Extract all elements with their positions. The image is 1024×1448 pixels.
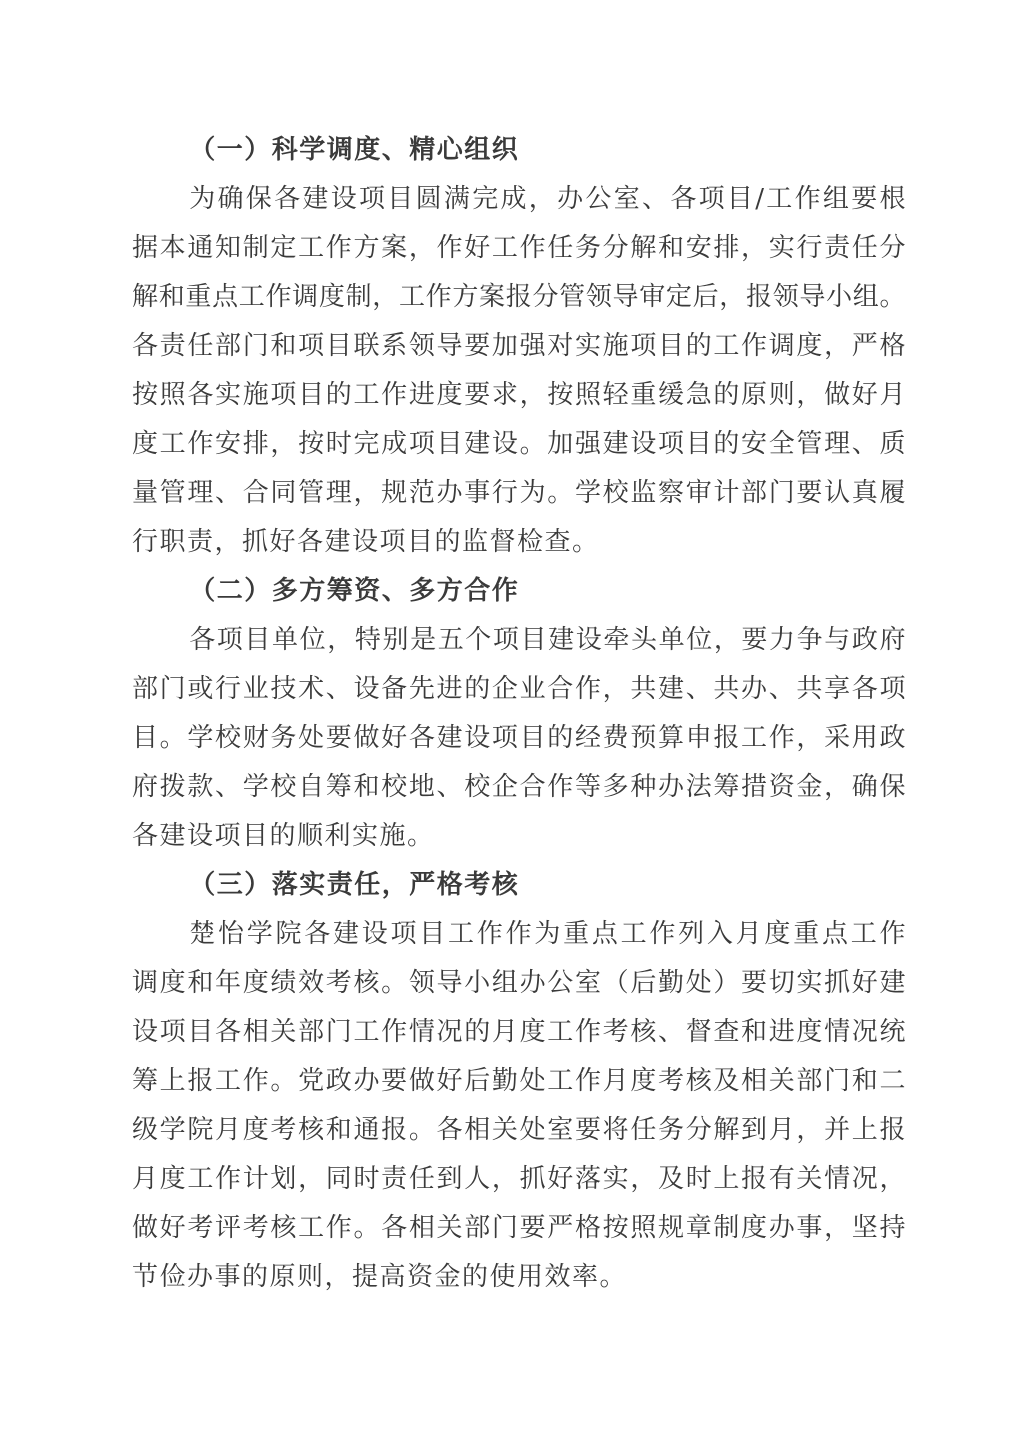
paragraph-line: 各建设项目的顺利实施。 xyxy=(132,812,906,861)
paragraph-line: 府拨款、学校自筹和校地、校企合作等多种办法筹措资金，确保 xyxy=(132,763,906,812)
paragraph-line: 设项目各相关部门工作情况的月度工作考核、督查和进度情况统 xyxy=(132,1008,906,1057)
paragraph-line: 度工作安排，按时完成项目建设。加强建设项目的安全管理、质 xyxy=(132,420,906,469)
paragraph-line: 据本通知制定工作方案，作好工作任务分解和安排，实行责任分 xyxy=(132,224,906,273)
paragraph-line: 量管理、合同管理，规范办事行为。学校监察审计部门要认真履 xyxy=(132,469,906,518)
section-heading-line: （一）科学调度、精心组织 xyxy=(132,126,906,175)
paragraph-line: 月度工作计划，同时责任到人，抓好落实，及时上报有关情况， xyxy=(132,1155,906,1204)
paragraph-line: 筹上报工作。党政办要做好后勤处工作月度考核及相关部门和二 xyxy=(132,1057,906,1106)
paragraph-line: 为确保各建设项目圆满完成，办公室、各项目/工作组要根 xyxy=(132,175,906,224)
paragraph-line: 行职责，抓好各建设项目的监督检查。 xyxy=(132,518,906,567)
paragraph-line: 解和重点工作调度制，工作方案报分管领导审定后，报领导小组。 xyxy=(132,273,906,322)
paragraph-line: 按照各实施项目的工作进度要求，按照轻重缓急的原则，做好月 xyxy=(132,371,906,420)
paragraph-line: 楚怡学院各建设项目工作作为重点工作列入月度重点工作 xyxy=(132,910,906,959)
paragraph-line: 做好考评考核工作。各相关部门要严格按照规章制度办事，坚持 xyxy=(132,1204,906,1253)
paragraph-line: 目。学校财务处要做好各建设项目的经费预算申报工作，采用政 xyxy=(132,714,906,763)
paragraph-line: 部门或行业技术、设备先进的企业合作，共建、共办、共享各项 xyxy=(132,665,906,714)
paragraph-line: 各责任部门和项目联系领导要加强对实施项目的工作调度，严格 xyxy=(132,322,906,371)
paragraph-line: 级学院月度考核和通报。各相关处室要将任务分解到月，并上报 xyxy=(132,1106,906,1155)
document-page: （一）科学调度、精心组织为确保各建设项目圆满完成，办公室、各项目/工作组要根据本… xyxy=(0,0,1024,1448)
section-heading-line: （三）落实责任，严格考核 xyxy=(132,861,906,910)
paragraph-line: 调度和年度绩效考核。领导小组办公室（后勤处）要切实抓好建 xyxy=(132,959,906,1008)
paragraph-line: 各项目单位，特别是五个项目建设牵头单位，要力争与政府 xyxy=(132,616,906,665)
paragraph-line: 节俭办事的原则，提高资金的使用效率。 xyxy=(132,1253,906,1302)
section-heading-line: （二）多方筹资、多方合作 xyxy=(132,567,906,616)
document-body: （一）科学调度、精心组织为确保各建设项目圆满完成，办公室、各项目/工作组要根据本… xyxy=(132,126,906,1302)
